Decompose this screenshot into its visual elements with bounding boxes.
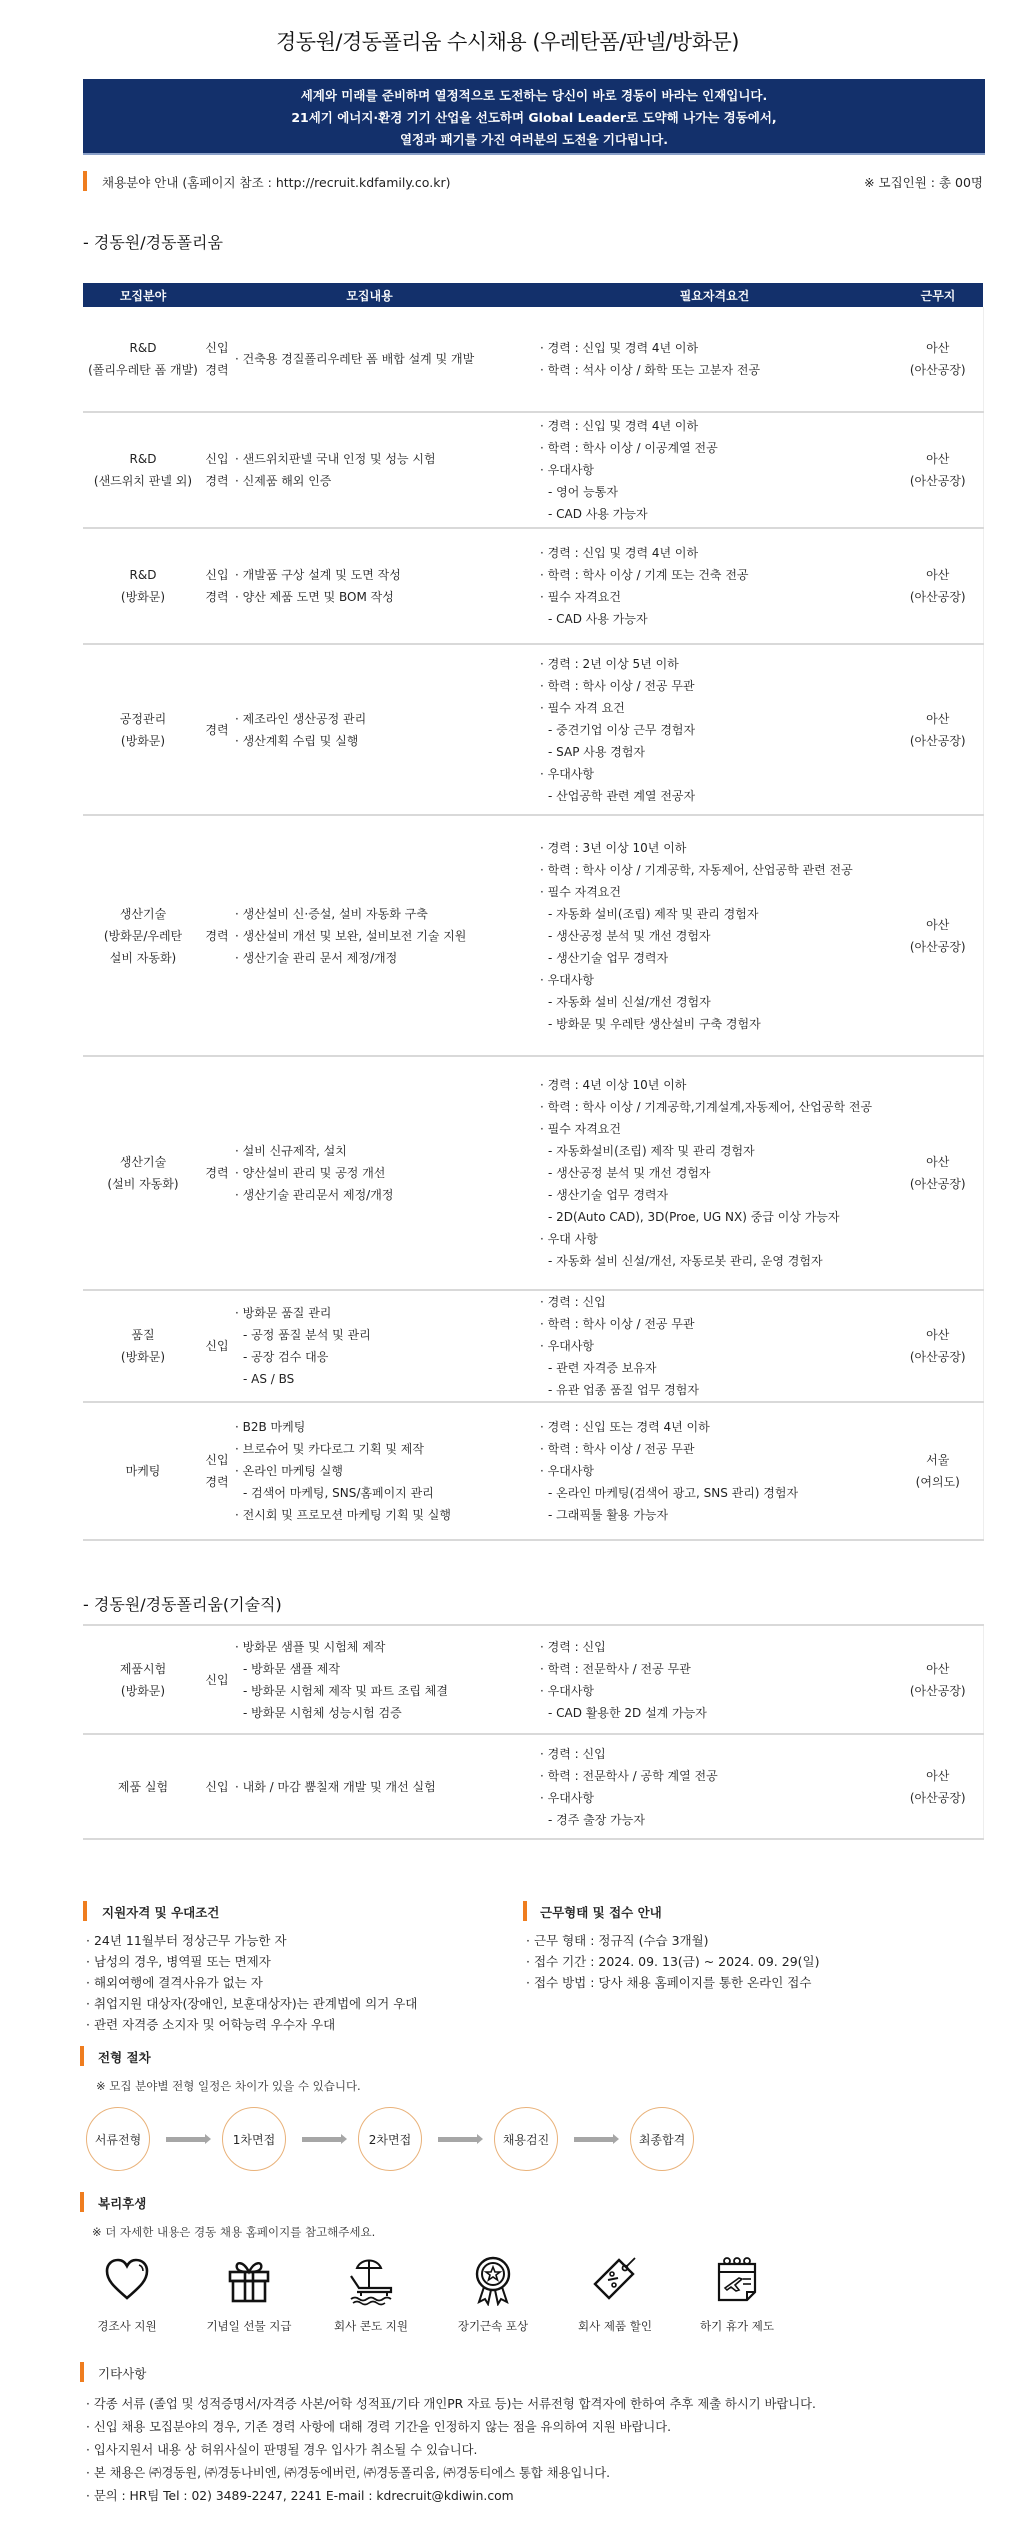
cell-line: 아산 xyxy=(893,1324,983,1346)
benefits-title: 복리후생 xyxy=(98,2194,146,2212)
table-row: R&D(샌드위치 판넬 외)신입경력· 샌드위치판넬 국내 인정 및 성능 시험… xyxy=(83,412,983,528)
cell-line: · 경력 : 신입 또는 경력 4년 이하 xyxy=(540,1416,893,1438)
cell-line: · 학력 : 학사 이상 / 기계공학, 자동제어, 산업공학 관련 전공 xyxy=(540,859,893,881)
job-requirements: · 경력 : 4년 이상 10년 이하· 학력 : 학사 이상 / 기계공학,기… xyxy=(536,1056,893,1290)
beach-chair-icon xyxy=(347,2254,395,2306)
job-field: 생산기술(설비 자동화) xyxy=(83,1056,203,1290)
step-document-screening: 서류전형 xyxy=(86,2107,150,2171)
benefit-item: 회사 콘도 지원 xyxy=(310,2254,432,2334)
job-field: 마케팅 xyxy=(83,1402,203,1540)
cell-line: · 경력 : 2년 이상 5년 이하 xyxy=(540,653,893,675)
list-item: · 해외여행에 결격사유가 없는 자 xyxy=(86,1972,417,1993)
cell-line: - 관련 자격증 보유자 xyxy=(540,1357,893,1379)
banner-line-3: 열정과 패기를 가진 여러분의 도전을 기다립니다. xyxy=(83,129,985,151)
cell-line: 경력 xyxy=(203,925,231,947)
cell-line: 신입 xyxy=(203,1449,231,1471)
arrow-right-icon xyxy=(574,2137,614,2142)
header-location: 근무지 xyxy=(893,283,983,307)
cell-line: R&D xyxy=(83,564,203,586)
job-description: · 개발품 구상 설계 및 도면 작성· 양산 제품 도면 및 BOM 작성 xyxy=(231,528,536,644)
benefit-label: 장기근속 포상 xyxy=(432,2318,554,2334)
list-item: · 입사지원서 내용 상 허위사실이 판명될 경우 입사가 취소될 수 있습니다… xyxy=(86,2439,816,2462)
job-description: · 샌드위치판넬 국내 인정 및 성능 시험· 신제품 해외 인증 xyxy=(231,412,536,528)
award-medal-icon xyxy=(469,2254,517,2306)
cell-line: · 샌드위치판넬 국내 인정 및 성능 시험 xyxy=(235,448,536,470)
cell-line: - 검색어 마케팅, SNS/홈페이지 관리 xyxy=(235,1482,536,1504)
job-field: 제품시험(방화문) xyxy=(83,1625,203,1734)
cell-line: · 경력 : 3년 이상 10년 이하 xyxy=(540,837,893,859)
cell-line: - 그래픽툴 활용 가능자 xyxy=(540,1504,893,1526)
process-title: 전형 절차 xyxy=(98,2048,151,2066)
cell-line: 경력 xyxy=(203,470,231,492)
work-location: 아산(아산공장) xyxy=(893,307,983,412)
hire-type: 신입경력 xyxy=(203,307,231,412)
vacation-calendar-icon xyxy=(713,2254,761,2306)
recruit-total: ※ 모집인원 : 총 00명 xyxy=(864,173,983,191)
benefit-label: 회사 콘도 지원 xyxy=(310,2318,432,2334)
job-table-main: 모집분야 모집내용 필요자격요건 근무지 R&D(폴리우레탄 폼 개발)신입경력… xyxy=(83,283,984,1541)
cell-line: - 유관 업종 품질 업무 경험자 xyxy=(540,1379,893,1401)
hire-type: 신입경력 xyxy=(203,528,231,644)
work-location: 아산(아산공장) xyxy=(893,412,983,528)
work-info-title: 근무형태 및 접수 안내 xyxy=(540,1903,662,1921)
cell-line: - 중견기업 이상 근무 경험자 xyxy=(540,719,893,741)
cell-line: 서울 xyxy=(893,1449,983,1471)
job-description: · 제조라인 생산공정 관리· 생산계획 수립 및 실행 xyxy=(231,644,536,815)
hire-type: 경력 xyxy=(203,1056,231,1290)
cell-line: · 경력 : 신입 xyxy=(540,1636,893,1658)
cell-line: · 학력 : 학사 이상 / 기계공학,기계설계,자동제어, 산업공학 전공 xyxy=(540,1096,893,1118)
cell-line: - 산업공학 관련 계열 전공자 xyxy=(540,785,893,807)
job-requirements: · 경력 : 신입 또는 경력 4년 이하· 학력 : 학사 이상 / 전공 무… xyxy=(536,1402,893,1540)
cell-line: · 건축용 경질폴리우레탄 폼 배합 설계 및 개발 xyxy=(235,348,536,370)
benefit-item: 기념일 선물 지급 xyxy=(188,2254,310,2334)
cell-line: 경력 xyxy=(203,586,231,608)
cell-line: - 2D(Auto CAD), 3D(Proe, UG NX) 중급 이상 가능… xyxy=(540,1206,893,1228)
section-accent-bar xyxy=(80,2362,84,2382)
work-location: 서울(여의도) xyxy=(893,1402,983,1540)
cell-line: - 생산기술 업무 경력자 xyxy=(540,1184,893,1206)
work-location: 아산(아산공장) xyxy=(893,1056,983,1290)
list-item: · 관련 자격증 소지자 및 어학능력 우수자 우대 xyxy=(86,2014,417,2035)
cell-line: 경력 xyxy=(203,1471,231,1493)
job-requirements: · 경력 : 신입 및 경력 4년 이하· 학력 : 학사 이상 / 이공계열 … xyxy=(536,412,893,528)
job-field: R&D(샌드위치 판넬 외) xyxy=(83,412,203,528)
cell-line: (여의도) xyxy=(893,1471,983,1493)
cell-line: · 우대사항 xyxy=(540,1680,893,1702)
list-item: · 접수 기간 : 2024. 09. 13(금) ~ 2024. 09. 29… xyxy=(526,1951,820,1972)
recruit-info-label: 채용분야 안내 (홈페이지 참조 : http://recruit.kdfami… xyxy=(102,173,450,191)
cell-line: 아산 xyxy=(893,1658,983,1680)
hire-type: 신입 xyxy=(203,1290,231,1402)
cell-line: 마케팅 xyxy=(83,1460,203,1482)
cell-line: - 온라인 마케팅(검색어 광고, SNS 관리) 경험자 xyxy=(540,1482,893,1504)
list-item: · 신입 채용 모집분야의 경우, 기존 경력 사항에 대해 경력 기간을 인정… xyxy=(86,2416,816,2439)
benefit-label: 하기 휴가 제도 xyxy=(676,2318,798,2334)
cell-line: 경력 xyxy=(203,359,231,381)
cell-line: · 신제품 해외 인증 xyxy=(235,470,536,492)
cell-line: - 방화문 시험체 성능시험 검증 xyxy=(235,1702,536,1724)
cell-line: · 경력 : 4년 이상 10년 이하 xyxy=(540,1074,893,1096)
table-row: 공정관리(방화문)경력· 제조라인 생산공정 관리· 생산계획 수립 및 실행·… xyxy=(83,644,983,815)
work-location: 아산(아산공장) xyxy=(893,815,983,1056)
step-first-interview: 1차면접 xyxy=(222,2107,286,2171)
cell-line: · 필수 자격요건 xyxy=(540,1118,893,1140)
cell-line: - 공장 검수 대응 xyxy=(235,1346,536,1368)
cell-line: (샌드위치 판넬 외) xyxy=(83,470,203,492)
cell-line: (아산공장) xyxy=(893,1787,983,1809)
cell-line: · 전시회 및 프로모션 마케팅 기획 및 실행 xyxy=(235,1504,536,1526)
section-accent-bar xyxy=(83,171,87,191)
table-row: 생산기술(방화문/우레탄설비 자동화)경력· 생산설비 신·증설, 설비 자동화… xyxy=(83,815,983,1056)
cell-line: · 학력 : 전문학사 / 전공 무관 xyxy=(540,1658,893,1680)
cell-line: (아산공장) xyxy=(893,1346,983,1368)
job-requirements: · 경력 : 신입 및 경력 4년 이하· 학력 : 학사 이상 / 기계 또는… xyxy=(536,528,893,644)
cell-line: · 설비 신규제작, 설치 xyxy=(235,1140,536,1162)
cell-line: - 생산공정 분석 및 개선 경험자 xyxy=(540,925,893,947)
hire-type: 신입경력 xyxy=(203,412,231,528)
cell-line: · 브로슈어 및 카다로그 기획 및 제작 xyxy=(235,1438,536,1460)
list-item: · 각종 서류 (졸업 및 성적증명서/자격증 사본/어학 성적표/기타 개인P… xyxy=(86,2393,816,2416)
cell-line: - 자동화설비(조립) 제작 및 관리 경험자 xyxy=(540,1140,893,1162)
cell-line: · 양산설비 관리 및 공정 개선 xyxy=(235,1162,536,1184)
cell-line: 설비 자동화) xyxy=(83,947,203,969)
cell-line: 신입 xyxy=(203,337,231,359)
banner-line-2: 21세기 에너지·환경 기기 산업을 선도하며 Global Leader로 도… xyxy=(83,107,985,129)
work-location: 아산(아산공장) xyxy=(893,1734,983,1839)
hire-type: 신입 xyxy=(203,1734,231,1839)
cell-line: · 생산계획 수립 및 실행 xyxy=(235,730,536,752)
cell-line: · 경력 : 신입 xyxy=(540,1291,893,1313)
cell-line: · 학력 : 석사 이상 / 화학 또는 고분자 전공 xyxy=(540,359,893,381)
section-accent-bar xyxy=(523,1901,527,1921)
cell-line: - 공정 품질 분석 및 관리 xyxy=(235,1324,536,1346)
cell-line: · 개발품 구상 설계 및 도면 작성 xyxy=(235,564,536,586)
cell-line: (아산공장) xyxy=(893,470,983,492)
benefit-label: 기념일 선물 지급 xyxy=(188,2318,310,2334)
list-item: · 남성의 경우, 병역필 또는 면제자 xyxy=(86,1951,417,1972)
table-row: R&D(폴리우레탄 폼 개발)신입경력· 건축용 경질폴리우레탄 폼 배합 설계… xyxy=(83,307,983,412)
list-item: · 문의 : HR팀 Tel : 02) 3489-2247, 2241 E-m… xyxy=(86,2485,816,2508)
hire-type: 신입경력 xyxy=(203,1402,231,1540)
benefit-item: 하기 휴가 제도 xyxy=(676,2254,798,2334)
job-description: · 생산설비 신·증설, 설비 자동화 구축· 생산설비 개선 및 보완, 설비… xyxy=(231,815,536,1056)
cell-line: (아산공장) xyxy=(893,936,983,958)
hire-type: 경력 xyxy=(203,815,231,1056)
header-content: 모집내용 xyxy=(203,283,536,307)
benefits-list: 경조사 지원 기념일 선물 지급 회사 콘도 지원 장기근속 포상 회사 제품 … xyxy=(66,2254,798,2334)
header-requirements: 필요자격요건 xyxy=(536,283,893,307)
cell-line: - 자동화 설비 신설/개선, 자동로봇 관리, 운영 경험자 xyxy=(540,1250,893,1272)
job-requirements: · 경력 : 신입 및 경력 4년 이하· 학력 : 석사 이상 / 화학 또는… xyxy=(536,307,893,412)
job-description: · 내화 / 마감 뿜칠재 개발 및 개선 실험 xyxy=(231,1734,536,1839)
cell-line: · 우대사항 xyxy=(540,1460,893,1482)
cell-line: · 필수 자격 요건 xyxy=(540,697,893,719)
job-requirements: · 경력 : 신입· 학력 : 전문학사 / 전공 무관· 우대사항- CAD … xyxy=(536,1625,893,1734)
cell-line: - SAP 사용 경험자 xyxy=(540,741,893,763)
header-field: 모집분야 xyxy=(83,283,203,307)
job-description: · B2B 마케팅· 브로슈어 및 카다로그 기획 및 제작· 온라인 마케팅 … xyxy=(231,1402,536,1540)
section-accent-bar xyxy=(83,1901,87,1921)
cell-line: · 경력 : 신입 및 경력 4년 이하 xyxy=(540,337,893,359)
job-requirements: · 경력 : 2년 이상 5년 이하· 학력 : 학사 이상 / 전공 무관· … xyxy=(536,644,893,815)
benefit-label: 경조사 지원 xyxy=(66,2318,188,2334)
cell-line: · 필수 자격요건 xyxy=(540,586,893,608)
job-field: 공정관리(방화문) xyxy=(83,644,203,815)
section-accent-bar xyxy=(80,2046,84,2066)
cell-line: (아산공장) xyxy=(893,586,983,608)
cell-line: · 방화문 샘플 및 시험체 제작 xyxy=(235,1636,536,1658)
benefit-item: 회사 제품 할인 xyxy=(554,2254,676,2334)
cell-line: - 생산기술 업무 경력자 xyxy=(540,947,893,969)
table-row: 제품시험(방화문)신입· 방화문 샘플 및 시험체 제작- 방화문 샘플 제작-… xyxy=(83,1625,983,1734)
cell-line: · 경력 : 신입 및 경력 4년 이하 xyxy=(540,415,893,437)
cell-line: 생산기술 xyxy=(83,1151,203,1173)
cell-line: · 우대사항 xyxy=(540,1787,893,1809)
table-row: 마케팅신입경력· B2B 마케팅· 브로슈어 및 카다로그 기획 및 제작· 온… xyxy=(83,1402,983,1540)
cell-line: · 방화문 품질 관리 xyxy=(235,1302,536,1324)
cell-line: · 경력 : 신입 xyxy=(540,1743,893,1765)
cell-line: 제품 실험 xyxy=(83,1776,203,1798)
cell-line: (방화문) xyxy=(83,730,203,752)
heart-icon xyxy=(103,2254,151,2306)
cell-line: - CAD 사용 가능자 xyxy=(540,608,893,630)
cell-line: - 방화문 샘플 제작 xyxy=(235,1658,536,1680)
cell-line: · 온라인 마케팅 실행 xyxy=(235,1460,536,1482)
cell-line: 신입 xyxy=(203,448,231,470)
cell-line: · 우대사항 xyxy=(540,1335,893,1357)
job-field: R&D(방화문) xyxy=(83,528,203,644)
cell-line: - 자동화 설비 신설/개선 경험자 xyxy=(540,991,893,1013)
eligibility-title: 지원자격 및 우대조건 xyxy=(102,1903,219,1921)
cell-line: · 학력 : 학사 이상 / 전공 무관 xyxy=(540,675,893,697)
section-accent-bar xyxy=(80,2192,84,2212)
benefit-label: 회사 제품 할인 xyxy=(554,2318,676,2334)
benefit-item: 경조사 지원 xyxy=(66,2254,188,2334)
cell-line: · 생산설비 신·증설, 설비 자동화 구축 xyxy=(235,903,536,925)
cell-line: 아산 xyxy=(893,1765,983,1787)
cell-line: (아산공장) xyxy=(893,1173,983,1195)
cell-line: · 생산설비 개선 및 보완, 설비보전 기술 지원 xyxy=(235,925,536,947)
benefits-note: ※ 더 자세한 내용은 경동 채용 홈페이지를 참고해주세요. xyxy=(92,2224,375,2240)
job-requirements: · 경력 : 3년 이상 10년 이하· 학력 : 학사 이상 / 기계공학, … xyxy=(536,815,893,1056)
cell-line: 공정관리 xyxy=(83,708,203,730)
cell-line: · 필수 자격요건 xyxy=(540,881,893,903)
cell-line: 아산 xyxy=(893,564,983,586)
step-medical-check: 채용검진 xyxy=(494,2107,558,2171)
cell-line: (설비 자동화) xyxy=(83,1173,203,1195)
cell-line: (방화문/우레탄 xyxy=(83,925,203,947)
cell-line: 신입 xyxy=(203,1335,231,1357)
cell-line: 아산 xyxy=(893,708,983,730)
job-table-technical: 제품시험(방화문)신입· 방화문 샘플 및 시험체 제작- 방화문 샘플 제작-… xyxy=(83,1624,984,1840)
cell-line: · 양산 제품 도면 및 BOM 작성 xyxy=(235,586,536,608)
cell-line: - 생산공정 분석 및 개선 경험자 xyxy=(540,1162,893,1184)
cell-line: 아산 xyxy=(893,1151,983,1173)
cell-line: 아산 xyxy=(893,337,983,359)
cell-line: · 우대사항 xyxy=(540,969,893,991)
benefit-item: 장기근속 포상 xyxy=(432,2254,554,2334)
cell-line: · 우대사항 xyxy=(540,763,893,785)
cell-line: 신입 xyxy=(203,1669,231,1691)
cell-line: (아산공장) xyxy=(893,730,983,752)
cell-line: 경력 xyxy=(203,719,231,741)
arrow-right-icon xyxy=(166,2137,206,2142)
cell-line: · 제조라인 생산공정 관리 xyxy=(235,708,536,730)
cell-line: - AS / BS xyxy=(235,1368,536,1390)
group-title-technical: - 경동원/경동폴리움(기술직) xyxy=(83,1592,282,1615)
etc-list: · 각종 서류 (졸업 및 성적증명서/자격증 사본/어학 성적표/기타 개인P… xyxy=(86,2393,816,2508)
cell-line: · 학력 : 학사 이상 / 기계 또는 건축 전공 xyxy=(540,564,893,586)
cell-line: · 학력 : 학사 이상 / 전공 무관 xyxy=(540,1313,893,1335)
page-title: 경동원/경동폴리움 수시채용 (우레탄폼/판넬/방화문) xyxy=(0,26,1015,56)
cell-line: 제품시험 xyxy=(83,1658,203,1680)
cell-line: 생산기술 xyxy=(83,903,203,925)
process-steps: 서류전형 1차면접 2차면접 채용검진 최종합격 xyxy=(86,2107,694,2171)
intro-banner: 세계와 미래를 준비하며 열정적으로 도전하는 당신이 바로 경동이 바라는 인… xyxy=(83,79,985,155)
cell-line: (아산공장) xyxy=(893,359,983,381)
job-description: · 건축용 경질폴리우레탄 폼 배합 설계 및 개발 xyxy=(231,307,536,412)
step-final-pass: 최종합격 xyxy=(630,2107,694,2171)
hire-type: 신입 xyxy=(203,1625,231,1734)
eligibility-list: · 24년 11월부터 정상근무 가능한 자 · 남성의 경우, 병역필 또는 … xyxy=(86,1930,417,2035)
cell-line: · 학력 : 학사 이상 / 이공계열 전공 xyxy=(540,437,893,459)
job-requirements: · 경력 : 신입· 학력 : 전문학사 / 공학 계열 전공· 우대사항- 경… xyxy=(536,1734,893,1839)
job-field: R&D(폴리우레탄 폼 개발) xyxy=(83,307,203,412)
hire-type: 경력 xyxy=(203,644,231,815)
job-field: 생산기술(방화문/우레탄설비 자동화) xyxy=(83,815,203,1056)
arrow-right-icon xyxy=(438,2137,478,2142)
process-note: ※ 모집 분야별 전형 일정은 차이가 있을 수 있습니다. xyxy=(96,2078,361,2094)
job-description: · 설비 신규제작, 설치· 양산설비 관리 및 공정 개선· 생산기술 관리문… xyxy=(231,1056,536,1290)
list-item: · 취업지원 대상자(장애인, 보훈대상자)는 관계법에 의거 우대 xyxy=(86,1993,417,2014)
table-header-row: 모집분야 모집내용 필요자격요건 근무지 xyxy=(83,283,983,307)
table-row: R&D(방화문)신입경력· 개발품 구상 설계 및 도면 작성· 양산 제품 도… xyxy=(83,528,983,644)
cell-line: 품질 xyxy=(83,1324,203,1346)
cell-line: 신입 xyxy=(203,1776,231,1798)
table-row: 제품 실험신입· 내화 / 마감 뿜칠재 개발 및 개선 실험· 경력 : 신입… xyxy=(83,1734,983,1839)
cell-line: (방화문) xyxy=(83,1346,203,1368)
cell-line: · 학력 : 학사 이상 / 전공 무관 xyxy=(540,1438,893,1460)
work-info-list: · 근무 형태 : 정규직 (수습 3개월) · 접수 기간 : 2024. 0… xyxy=(526,1930,820,1993)
list-item: · 근무 형태 : 정규직 (수습 3개월) xyxy=(526,1930,820,1951)
cell-line: (폴리우레탄 폼 개발) xyxy=(83,359,203,381)
banner-line-1: 세계와 미래를 준비하며 열정적으로 도전하는 당신이 바로 경동이 바라는 인… xyxy=(83,85,985,107)
cell-line: · 우대사항 xyxy=(540,459,893,481)
cell-line: · 생산기술 관리 문서 제정/개정 xyxy=(235,947,536,969)
cell-line: · 우대 사항 xyxy=(540,1228,893,1250)
arrow-right-icon xyxy=(302,2137,342,2142)
gift-icon xyxy=(225,2254,273,2306)
cell-line: · 학력 : 전문학사 / 공학 계열 전공 xyxy=(540,1765,893,1787)
job-field: 품질(방화문) xyxy=(83,1290,203,1402)
list-item: · 24년 11월부터 정상근무 가능한 자 xyxy=(86,1930,417,1951)
cell-line: R&D xyxy=(83,448,203,470)
cell-line: (방화문) xyxy=(83,1680,203,1702)
cell-line: - 영어 능통자 xyxy=(540,481,893,503)
job-requirements: · 경력 : 신입· 학력 : 학사 이상 / 전공 무관· 우대사항- 관련 … xyxy=(536,1290,893,1402)
cell-line: 경력 xyxy=(203,1162,231,1184)
cell-line: - 경주 출장 가능자 xyxy=(540,1809,893,1831)
etc-title: 기타사항 xyxy=(98,2364,146,2382)
cell-line: R&D xyxy=(83,337,203,359)
job-field: 제품 실험 xyxy=(83,1734,203,1839)
cell-line: 아산 xyxy=(893,448,983,470)
cell-line: - 방화문 시험체 제작 및 파트 조립 체결 xyxy=(235,1680,536,1702)
list-item: · 접수 방법 : 당사 채용 홈페이지를 통한 온라인 접수 xyxy=(526,1972,820,1993)
work-location: 아산(아산공장) xyxy=(893,644,983,815)
cell-line: · 생산기술 관리문서 제정/개정 xyxy=(235,1184,536,1206)
cell-line: - CAD 사용 가능자 xyxy=(540,503,893,525)
work-location: 아산(아산공장) xyxy=(893,1290,983,1402)
cell-line: (방화문) xyxy=(83,586,203,608)
job-description: · 방화문 품질 관리- 공정 품질 분석 및 관리- 공장 검수 대응- AS… xyxy=(231,1290,536,1402)
list-item: · 본 채용은 ㈜경동원, ㈜경동나비엔, ㈜경동에버런, ㈜경동폴리움, ㈜경… xyxy=(86,2462,816,2485)
cell-line: 아산 xyxy=(893,914,983,936)
table-row: 품질(방화문)신입· 방화문 품질 관리- 공정 품질 분석 및 관리- 공장 … xyxy=(83,1290,983,1402)
discount-tag-icon xyxy=(591,2254,639,2306)
work-location: 아산(아산공장) xyxy=(893,528,983,644)
cell-line: - 자동화 설비(조립) 제작 및 관리 경험자 xyxy=(540,903,893,925)
cell-line: - CAD 활용한 2D 설계 가능자 xyxy=(540,1702,893,1724)
cell-line: (아산공장) xyxy=(893,1680,983,1702)
step-second-interview: 2차면접 xyxy=(358,2107,422,2171)
cell-line: · 경력 : 신입 및 경력 4년 이하 xyxy=(540,542,893,564)
group-title-main: - 경동원/경동폴리움 xyxy=(83,230,223,253)
cell-line: · B2B 마케팅 xyxy=(235,1416,536,1438)
cell-line: · 내화 / 마감 뿜칠재 개발 및 개선 실험 xyxy=(235,1776,536,1798)
cell-line: 신입 xyxy=(203,564,231,586)
table-row: 생산기술(설비 자동화)경력· 설비 신규제작, 설치· 양산설비 관리 및 공… xyxy=(83,1056,983,1290)
work-location: 아산(아산공장) xyxy=(893,1625,983,1734)
job-description: · 방화문 샘플 및 시험체 제작- 방화문 샘플 제작- 방화문 시험체 제작… xyxy=(231,1625,536,1734)
cell-line: - 방화문 및 우레탄 생산설비 구축 경험자 xyxy=(540,1013,893,1035)
